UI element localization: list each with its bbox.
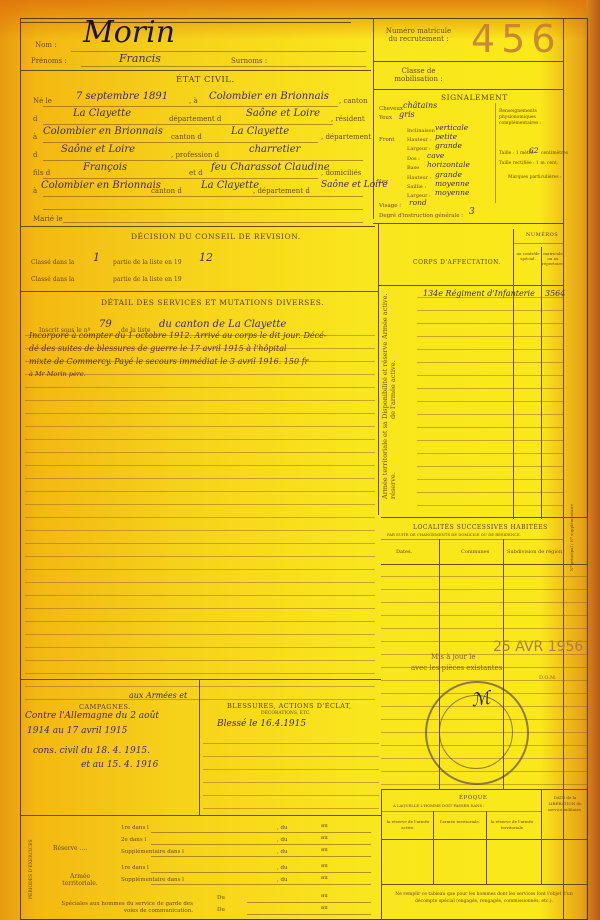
prenoms-value: Francis: [119, 52, 161, 65]
col-controle: au contrôle spécial.: [515, 251, 541, 261]
visage-value: rond: [409, 198, 427, 207]
campagnes-title: CAMPAGNES.: [79, 703, 131, 711]
divider: [381, 839, 587, 840]
ne-le-value: 7 septembre 1891: [76, 91, 168, 102]
a-label: , à: [189, 97, 198, 105]
front-hauteur-label: Hauteur :: [407, 137, 431, 143]
localites-title: LOCALITÉS SUCCESSIVES HABITÉES: [413, 524, 548, 531]
dom-a-label: à: [33, 187, 37, 195]
departement-value: Saône et Loire: [246, 108, 320, 119]
periode-row-label: Du: [217, 907, 225, 913]
periode-au-label: au: [321, 905, 328, 911]
rule: [43, 178, 318, 179]
divider: [21, 679, 381, 680]
periode-rule: [151, 872, 371, 873]
resident-dep-prefix: d: [33, 151, 37, 159]
col-side: Nº principal / Nº supplémentaire: [569, 504, 574, 571]
mere-label: et d: [189, 169, 203, 177]
territoriale-label: Armée territoriale et sa réserve.: [381, 419, 397, 499]
yeux-label: Yeux: [379, 115, 392, 121]
blessures-value: Blessé le 16.4.1915: [217, 719, 306, 729]
dos-label: Dos :: [407, 156, 420, 162]
nez-hauteur-value: grande: [435, 170, 462, 179]
localites-subtitle: PAR SUITE DE CHANGEMENTS DE DOMICILE OU …: [387, 532, 521, 537]
affectation-matricule-value: 3564: [545, 289, 565, 298]
marques-label: Marques particulières :: [508, 175, 562, 180]
services-ruled-area: [25, 323, 375, 703]
periode-au-label: au: [321, 835, 328, 841]
pere-value: François: [83, 162, 127, 173]
divider: [541, 789, 542, 884]
rule: [43, 124, 333, 125]
decision-row2-label-a: Classé dans la: [31, 276, 74, 283]
dom-departement-label: , département d: [253, 187, 310, 195]
resident-value: Colombier en Brionnais: [43, 126, 163, 137]
rule: [81, 66, 366, 67]
col-matricule: matricule ou au répertoire.: [542, 251, 564, 266]
page-edge: [586, 0, 600, 920]
divider: [587, 517, 588, 787]
divider: [21, 815, 381, 816]
pieces-label: avec les pièces existantes: [411, 664, 502, 672]
periode-rule: [151, 832, 371, 833]
resident-departement-value: Saône et Loire: [61, 144, 135, 155]
campagnes-line-3: cons. civil du 18. 4. 1915.: [33, 746, 150, 756]
services-line-2: dé des suites de blessures de guerre le …: [29, 344, 287, 353]
periode-row-label: Supplémentaire dans l: [121, 877, 184, 883]
blessures-title: BLESSURES, ACTIONS D'ÉCLAT,: [227, 702, 352, 710]
periode-du-label: , du: [277, 837, 288, 843]
armee-active-label: Armée active.: [381, 293, 389, 339]
surnoms-label: Surnoms :: [231, 57, 267, 65]
col-communes: Communes: [461, 549, 489, 555]
front-label: Front: [379, 137, 395, 143]
instruction-value: 3: [469, 207, 475, 217]
saillie-label: Saillie :: [407, 184, 426, 190]
registry-sheet: Nom : Morin Prénoms : Francis Surnoms : …: [20, 18, 588, 920]
canton-value: La Clayette: [73, 108, 131, 119]
speciales-label: Spéciales aux hommes du service de garde…: [53, 901, 193, 915]
divider: [381, 884, 587, 885]
blessures-ruled-area: [203, 731, 379, 815]
resident-a-label: à: [33, 133, 37, 141]
epoque-col2: l'armée territoriale.: [435, 819, 485, 825]
epoque-col1: la réserve de l'armée active.: [383, 819, 433, 831]
etat-civil-title: ÉTAT CIVIL.: [176, 75, 235, 85]
rule: [43, 209, 363, 210]
departement-label: département d: [169, 115, 221, 123]
decision-row1-label-b: partie de la liste en 19: [113, 259, 182, 266]
numeros-title: NUMÉROS: [526, 232, 558, 238]
mis-a-jour-date: 25 AVR 1956: [493, 639, 583, 655]
matricule-label: Numéro matricule du recrutement :: [381, 27, 456, 43]
profession-value: charretier: [249, 144, 300, 155]
periode-row-label: 1re dans l: [121, 865, 149, 871]
instruction-label: Degré d'instruction générale :: [379, 213, 463, 219]
renseignements-label: Renseignements physionomiques complément…: [499, 109, 561, 127]
periode-du-label: , du: [277, 849, 288, 855]
mere-value: feu Charassot Claudine: [211, 162, 330, 173]
rule: [43, 106, 338, 107]
yeux-value: gris: [399, 110, 415, 119]
periode-row-label: 2e dans l: [121, 837, 146, 843]
dos-value: cave: [427, 151, 444, 160]
periode-du-label: , du: [277, 865, 288, 871]
classe-label: Classe de mobilisation :: [381, 67, 456, 83]
resident-canton-value: La Clayette: [231, 126, 289, 137]
corps-title: CORPS D'AFFECTATION.: [413, 259, 501, 266]
ne-le-label: Né le: [33, 97, 52, 105]
base-label: Base: [407, 165, 419, 171]
divider: [381, 811, 541, 812]
inclinaison-label: Inclinaison: [407, 128, 435, 134]
divider: [21, 70, 371, 71]
periode-row-label: Supplémentaire dans l: [121, 849, 184, 855]
rule: [43, 142, 318, 143]
taille-unit: centimètres: [541, 151, 568, 156]
disponibilite-label: Disponibilité et réserve de l'armée acti…: [381, 339, 397, 419]
divider: [373, 61, 563, 62]
periode-au-label: au: [321, 875, 328, 881]
dom-canton-value: La Clayette: [201, 180, 259, 191]
periode-au-label: au: [321, 863, 328, 869]
services-title: DÉTAIL DES SERVICES ET MUTATIONS DIVERSE…: [101, 298, 324, 307]
periode-rule: [247, 914, 371, 915]
dom-canton-label: canton d: [151, 187, 182, 195]
divider: [21, 291, 378, 292]
nez-hauteur-label: Hauteur :: [407, 175, 431, 181]
periode-row-label: 1re dans l: [121, 825, 149, 831]
nez-largeur-value: moyenne: [435, 188, 469, 197]
periode-au-label: au: [321, 893, 328, 899]
col-subdivision: Subdivision de région: [507, 549, 562, 555]
divider: [199, 679, 200, 815]
epoque-title: ÉPOQUE: [459, 795, 487, 801]
affectation-corps-value: 134e Régiment d'Infanterie: [423, 289, 535, 298]
rule: [63, 222, 363, 223]
marie-label: Marié le: [33, 215, 63, 223]
divider: [378, 223, 379, 515]
campagnes-line-4: et au 15. 4. 1916: [81, 760, 158, 770]
date-liberation-title: DATE de la LIBÉRATION du service militai…: [543, 795, 587, 813]
periode-au-label: au: [321, 847, 328, 853]
rule: [71, 51, 366, 52]
periodes-side-label: PÉRIODES D'EXERCICES: [29, 839, 34, 899]
divider: [486, 811, 487, 884]
taille-value: 62: [529, 146, 539, 155]
periode-rule: [151, 856, 371, 857]
periode-rule: [247, 902, 371, 903]
decision-title: DÉCISION DU CONSEIL DE REVISION.: [131, 232, 301, 241]
dom-label: D.O.M.: [539, 675, 557, 681]
campagnes-line-2: 1914 au 17 avril 1915: [27, 726, 127, 736]
cheveux-value: châtains: [403, 101, 437, 110]
services-line-4: à Mr Morin père.: [29, 370, 86, 378]
dom-value: Colombier en Brionnais: [41, 180, 161, 191]
canton-label: , canton: [339, 97, 368, 105]
periode-du-label: , du: [277, 825, 288, 831]
territoriale-label: Armée territoriale.: [61, 873, 99, 887]
periode-du-label: , du: [277, 877, 288, 883]
campagnes-line-1: Contre l'Allemagne du 2 août: [25, 711, 159, 721]
taille-rectifiee-label: Taille rectifiée : 1 m.: [499, 161, 546, 166]
inclinaison-value: verticale: [435, 123, 468, 132]
decision-row1-year: 12: [199, 251, 213, 264]
divider: [495, 103, 496, 203]
resident-canton-label: canton d: [171, 133, 202, 141]
divider: [381, 789, 382, 919]
col-dates: Dates.: [396, 549, 412, 555]
periode-au-label: au: [321, 823, 328, 829]
divider: [381, 517, 587, 518]
resident-label: , résident: [331, 115, 365, 123]
domicilies-label: , domiciliés: [321, 169, 361, 177]
base-value: horizontale: [427, 160, 470, 169]
taille-rectifiee-unit: cent.: [547, 161, 558, 166]
signature: ℳ: [469, 687, 492, 711]
resident-departement-label: , département: [321, 133, 371, 141]
matricule-value: 456: [471, 17, 562, 61]
signalement-title: SIGNALEMENT: [441, 93, 508, 102]
services-line-1: Incorporé à compter du 1 octobre 1912. A…: [29, 331, 327, 340]
profession-label: , profession d: [171, 151, 219, 159]
decision-row1-label-a: Classé dans la: [31, 259, 74, 266]
lieu-naissance-value: Colombier en Brionnais: [209, 91, 329, 102]
divider: [513, 243, 563, 244]
prenoms-label: Prénoms :: [31, 57, 67, 65]
divider: [433, 811, 434, 884]
divider: [381, 789, 587, 790]
nom-value: Morin: [83, 15, 175, 50]
divider: [373, 223, 563, 224]
blessures-subtitle: DÉCORATIONS, ETC.: [261, 711, 311, 716]
saillie-value: moyenne: [435, 179, 469, 188]
affectation-grid: [417, 285, 563, 515]
rule: [43, 196, 363, 197]
decision-row1-partie: 1: [93, 251, 100, 264]
epoque-col3: la réserve de l'armée territoriale: [487, 819, 537, 831]
nom-label: Nom :: [35, 41, 57, 49]
canton-prefix: d: [33, 115, 37, 123]
fils-label: fils d: [33, 169, 50, 177]
visage-label: Visage :: [379, 203, 401, 209]
divider: [21, 226, 375, 227]
periode-row-label: Du: [217, 895, 225, 901]
campagnes-line-0: aux Armées et: [129, 691, 187, 700]
mis-a-jour-label: Mis à jour le: [431, 653, 475, 661]
nez-label: Nez: [377, 179, 388, 185]
periode-rule: [151, 884, 371, 885]
epoque-note: Ne remplir ce tableau que pour les homme…: [385, 891, 583, 905]
periode-rule: [151, 844, 371, 845]
divider: [381, 539, 564, 540]
divider: [373, 89, 563, 90]
services-line-3: mixte de Commercy. Payé le secours imméd…: [29, 357, 308, 366]
reserve-label: Réserve ....: [53, 845, 87, 852]
divider: [21, 22, 351, 23]
front-hauteur-value: petite: [435, 132, 457, 141]
front-largeur-value: grande: [435, 141, 462, 150]
decision-row2-label-b: partie de la liste en 19: [113, 276, 182, 283]
rule: [43, 160, 363, 161]
epoque-subtitle: À LAQUELLE L'HOMME DOIT PASSER DANS :: [393, 803, 485, 808]
